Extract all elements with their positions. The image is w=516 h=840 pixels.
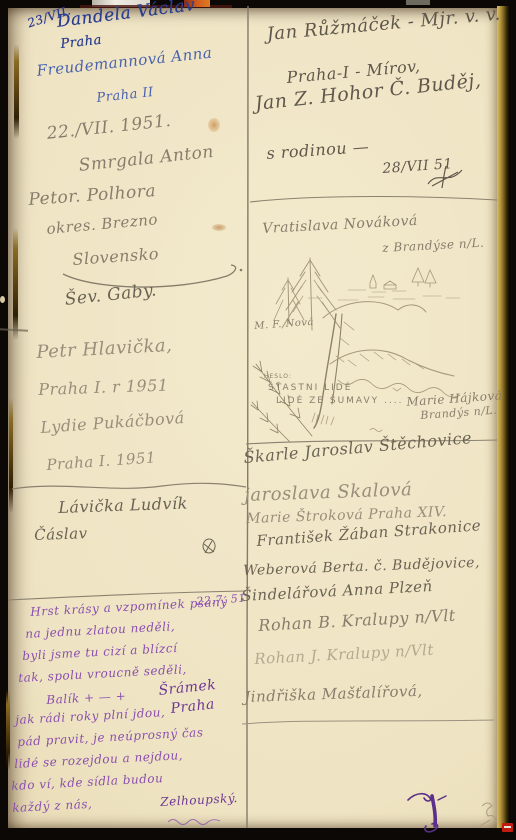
section-divider-line (242, 715, 494, 729)
entry-name: Lávička Ludvík (58, 495, 188, 516)
signature-flourish (424, 164, 466, 190)
rust-stain (208, 118, 220, 132)
binding-stitch (13, 228, 18, 340)
sketch-motto-line: ŠŤASTNI LIDÉ (268, 384, 352, 393)
book-gilt-edge (497, 6, 509, 828)
top-edge-gray-fragment (406, 0, 430, 5)
section-divider-line (12, 478, 246, 494)
pencil-doodle (200, 536, 218, 558)
section-divider-line (250, 192, 497, 206)
rust-stain (212, 224, 226, 231)
binding-stitch (9, 398, 13, 513)
scanned-guestbook-page: 23/VII. Dandela Václav Praha Freudemanno… (0, 0, 516, 840)
corner-red-mark (502, 823, 513, 832)
left-edge-paper-dot (0, 296, 5, 303)
binding-stitch (14, 44, 19, 139)
entry-place: Praha I. r 1951 (38, 377, 169, 398)
poem-tiny-scribble (166, 816, 226, 826)
purple-ink-doodle (402, 786, 452, 832)
pencil-squiggle (478, 798, 498, 832)
sketch-motto-line: LIDÉ ZE ŠUMAVY .... (276, 397, 403, 406)
sketch-motto-label: HESLO: (264, 374, 292, 380)
binding-stitch (6, 690, 10, 770)
corner-red-mark-inner (504, 826, 511, 828)
entry-place: Čáslav (34, 526, 88, 543)
